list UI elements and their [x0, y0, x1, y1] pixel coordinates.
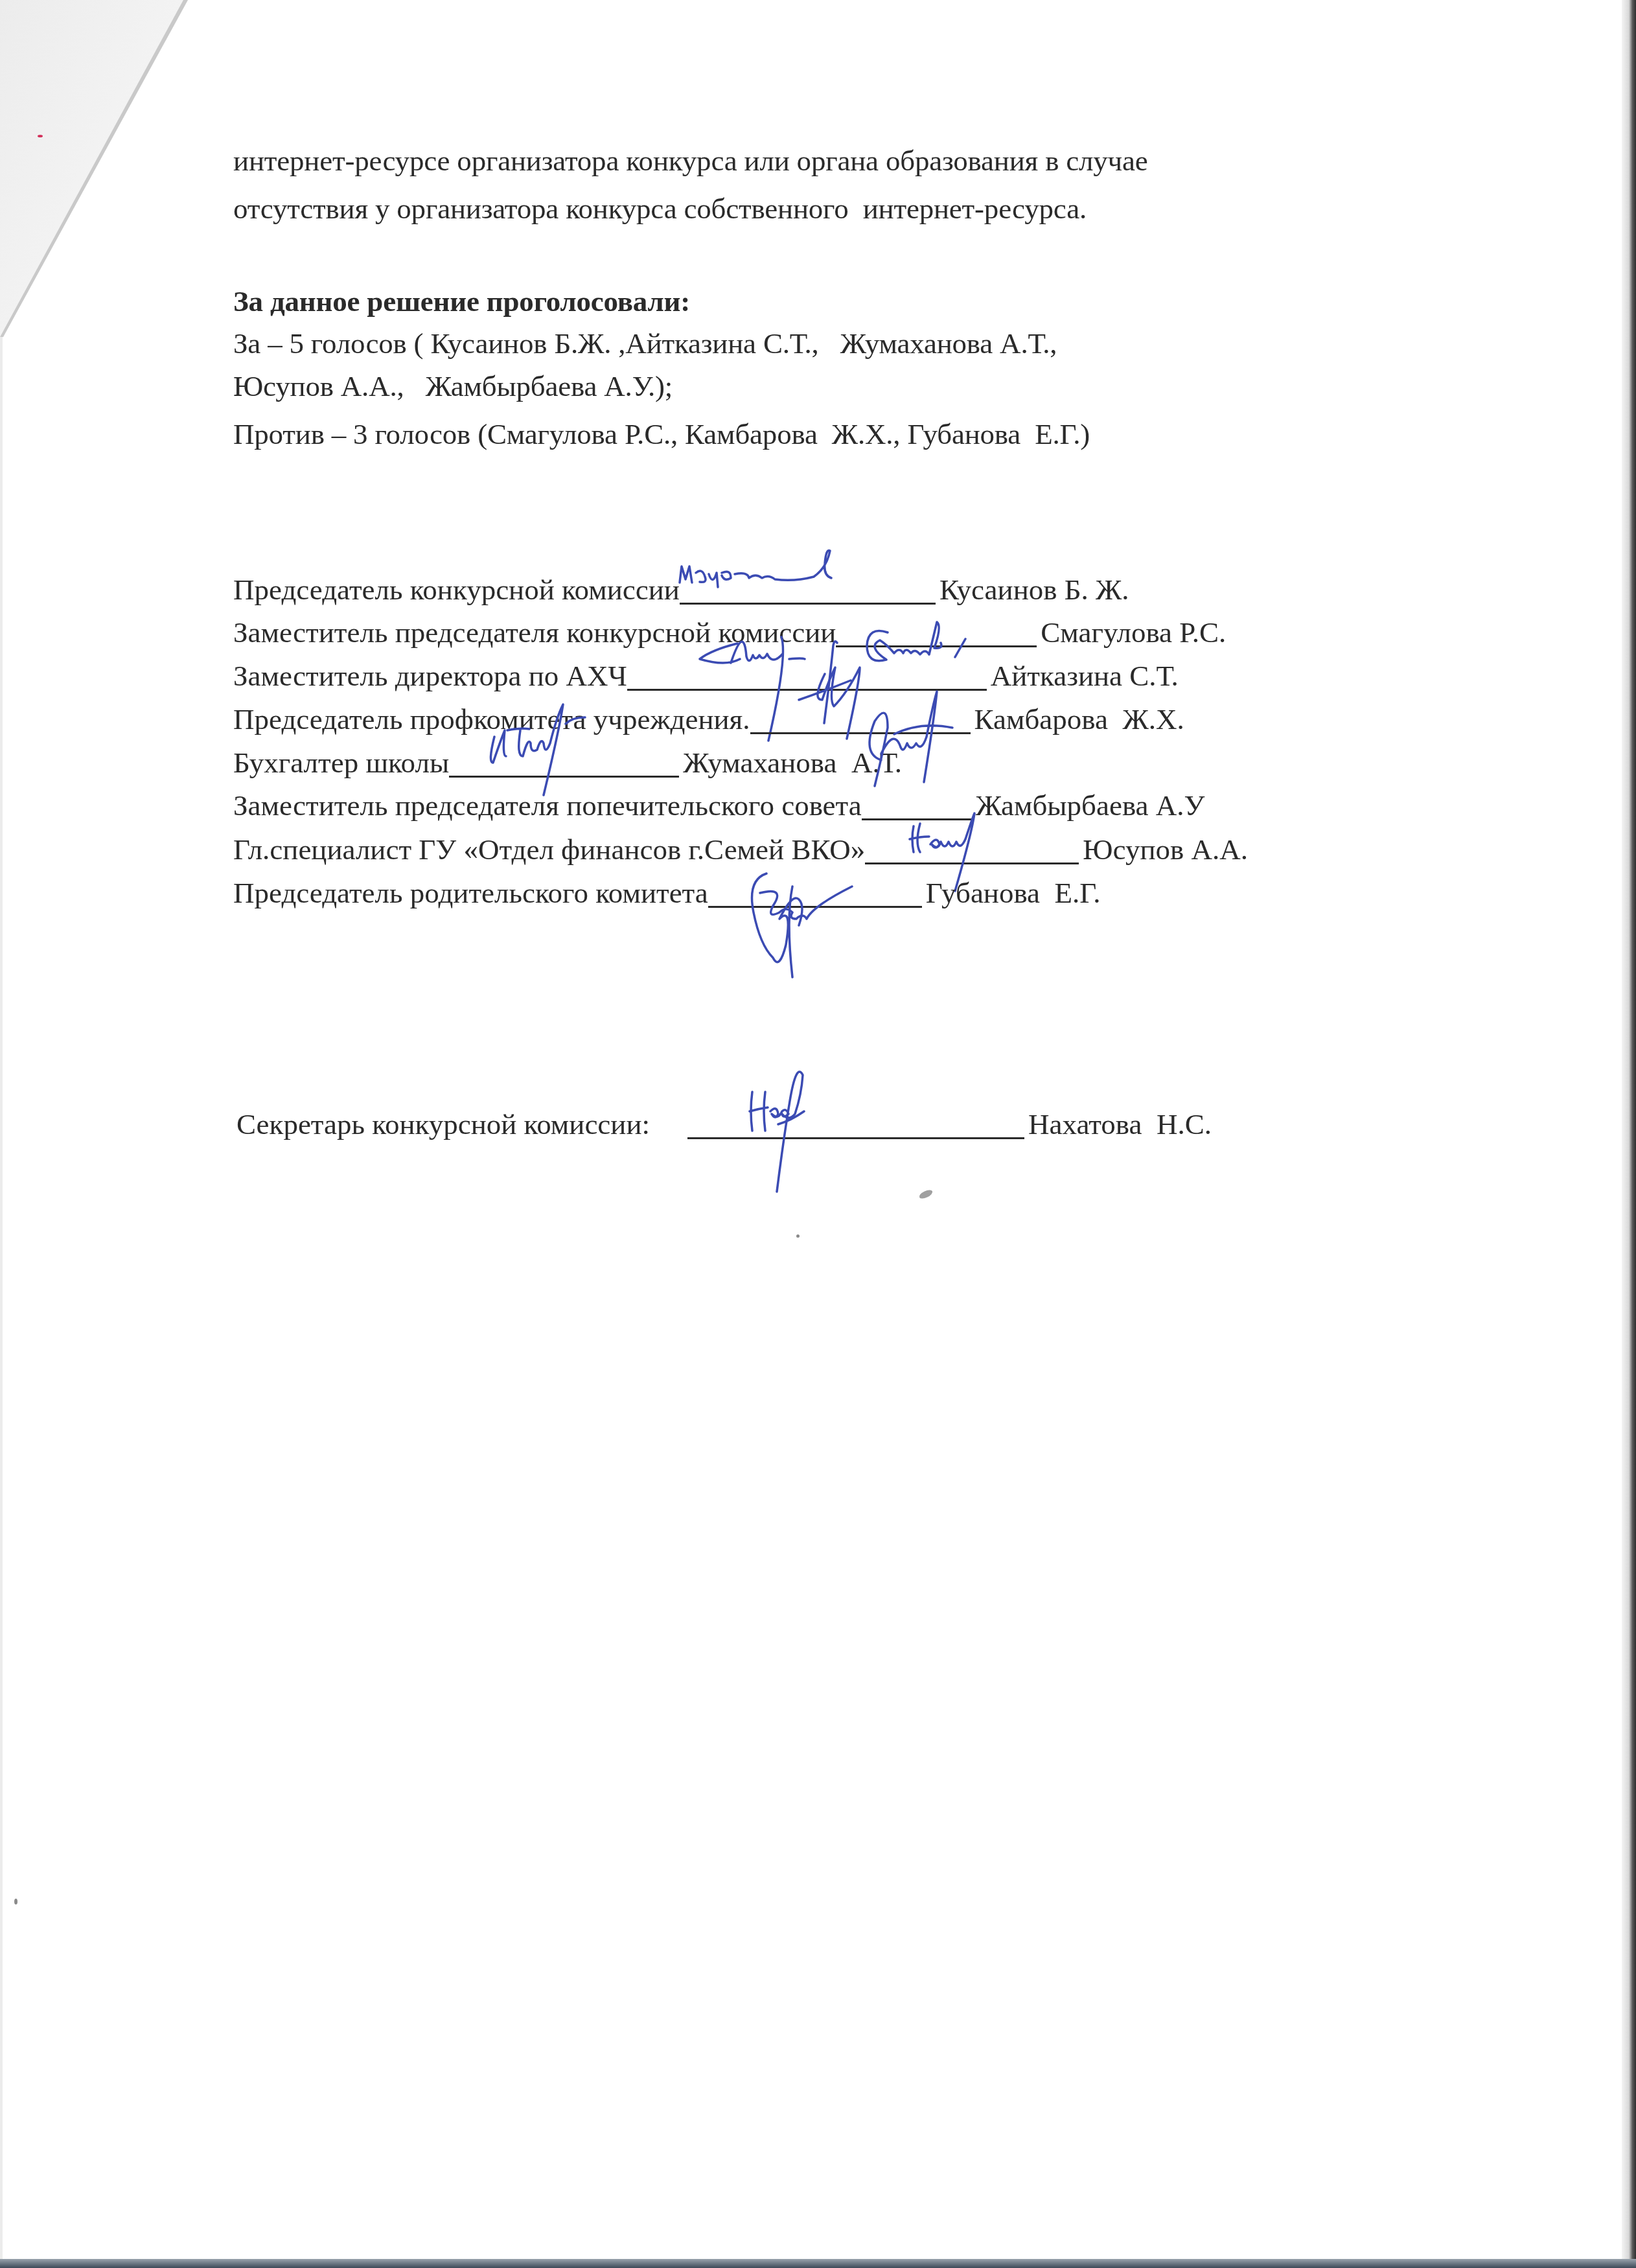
signature-row-secretary: Секретарь конкурсной комиссии: Нахатова …: [236, 1110, 1212, 1139]
vote-for-line-1: За – 5 голосов ( Кусаинов Б.Ж. ,Айтказин…: [233, 329, 1057, 358]
signature-role: Заместитель директора по АХЧ: [233, 662, 627, 691]
scan-speck: [38, 135, 43, 137]
scan-speck: [796, 1234, 800, 1238]
signature-row-parent-committee-chair: Председатель родительского комитета Губа…: [233, 879, 1101, 908]
signature-role: Бухгалтер школы: [233, 748, 449, 778]
paragraph-line-1: интернет-ресурсе организатора конкурса и…: [233, 146, 1148, 176]
signature-role: Председатель родительского комитета: [233, 879, 708, 908]
signature-line: [687, 1133, 1024, 1139]
scan-speck: [14, 1899, 17, 1904]
signatory-name: Айтказина С.Т.: [991, 662, 1179, 691]
handwritten-signature: [721, 854, 928, 997]
signature-row-accountant: Бухгалтер школы Жумаханова А.Т.: [233, 748, 902, 778]
signatory-name: Юсупов А.А.: [1083, 835, 1248, 864]
signatory-name: Губанова Е.Г.: [926, 879, 1101, 908]
signature-row-deputy-director: Заместитель директора по АХЧ Айтказина С…: [233, 662, 1179, 691]
page-bottom-edge: [0, 2259, 1636, 2268]
vote-heading: За данное решение проголосовали:: [233, 287, 690, 316]
page-right-edge: [1622, 0, 1636, 2268]
page-left-edge: [0, 337, 3, 2268]
signature-row-union-chair: Председатель профкомитета учреждения. Ка…: [233, 705, 1184, 734]
signatory-name: Нахатова Н.С.: [1028, 1110, 1212, 1139]
signature-line: [449, 772, 679, 778]
signature-line: [708, 902, 922, 908]
handwritten-signature: [855, 695, 998, 825]
handwritten-signature: [739, 1066, 908, 1209]
signatory-name: Камбарова Ж.Х.: [974, 705, 1184, 734]
signature-role: Заместитель председателя попечительского…: [233, 791, 862, 820]
signature-role: Председатель конкурсной комиссии: [233, 575, 680, 605]
vote-for-line-2: Юсупов А.А., Жамбырбаева А.У.);: [233, 372, 673, 401]
scan-smudge: [918, 1188, 934, 1200]
paragraph-line-2: отсутствия у организатора конкурса собст…: [233, 194, 1087, 224]
vote-against-line: Против – 3 голосов (Смагулова Р.С., Камб…: [233, 420, 1090, 449]
signature-role: Секретарь конкурсной комиссии:: [236, 1110, 650, 1139]
